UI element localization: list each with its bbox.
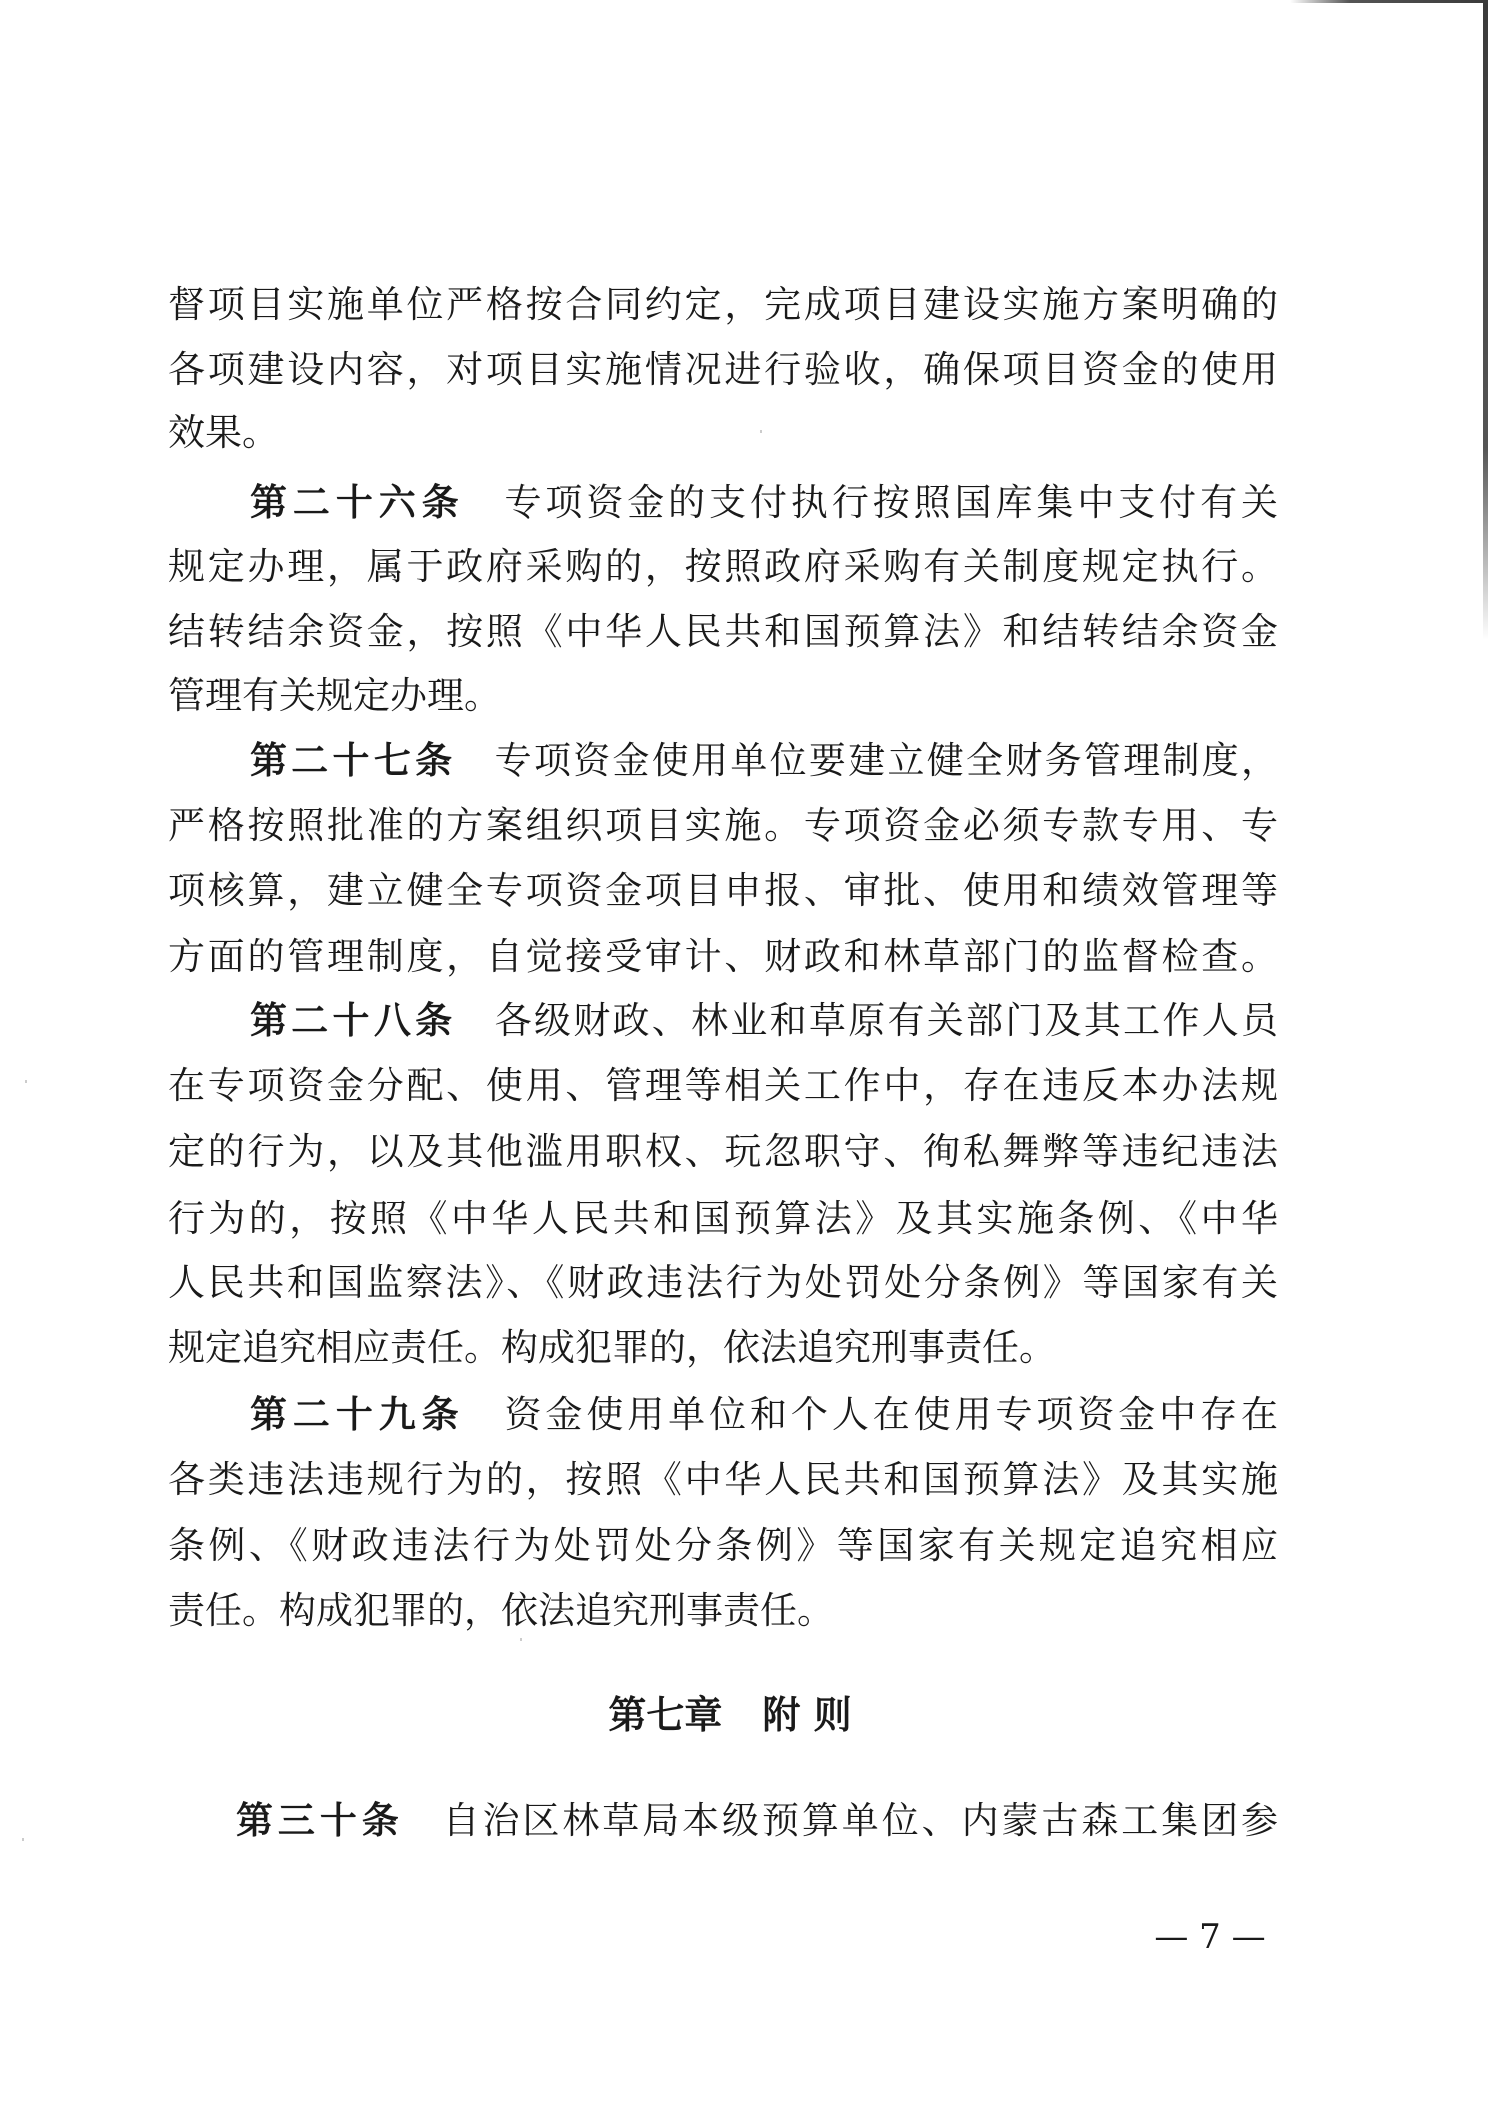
text-line: 各项建设内容，对项目实施情况进行验收，确保项目资金的使用: [168, 347, 1278, 393]
text-line: 项核算，建立健全专项资金项目申报、审批、使用和绩效管理等: [168, 868, 1278, 914]
text-line: 责任。构成犯罪的，依法追究刑事责任。: [168, 1588, 1278, 1634]
text-line: 各类违法违规行为的，按照《中华人民共和国预算法》及其实施: [168, 1457, 1278, 1503]
article-29-first-line: 第二十九条资金使用单位和个人在使用专项资金中存在: [250, 1392, 1278, 1438]
scan-speck: [672, 1832, 674, 1835]
text-line: 督项目实施单位严格按合同约定，完成项目建设实施方案明确的: [168, 282, 1278, 328]
text-line: 专项资金的支付执行按照国库集中支付有关: [501, 481, 1278, 524]
text-line: 结转结余资金，按照《中华人民共和国预算法》和结转结余资金: [168, 609, 1278, 655]
chapter-number: 第七章: [608, 1693, 722, 1737]
article-label: 第二十七条: [250, 739, 456, 782]
text-line: 在专项资金分配、使用、管理等相关工作中，存在违反本办法规: [168, 1063, 1278, 1109]
scan-edge-top: [1290, 0, 1488, 3]
scan-speck: [25, 1080, 27, 1083]
scan-edge-right: [1483, 0, 1488, 640]
article-27-first-line: 第二十七条专项资金使用单位要建立健全财务管理制度，: [250, 738, 1278, 784]
article-label: 第二十六条: [250, 481, 465, 524]
chapter-heading: 第七章附 则: [0, 1692, 1488, 1738]
article-label: 第二十八条: [250, 999, 456, 1042]
text-line: 规定追究相应责任。构成犯罪的，依法追究刑事责任。: [168, 1325, 1278, 1371]
text-line: 方面的管理制度，自觉接受审计、财政和林草部门的监督检查。: [168, 934, 1278, 980]
text-line: 效果。: [168, 410, 1278, 456]
text-line: 定的行为，以及其他滥用职权、玩忽职守、徇私舞弊等违纪违法: [168, 1129, 1278, 1175]
article-30-first-line: 第三十条自治区林草局本级预算单位、内蒙古森工集团参: [236, 1798, 1278, 1844]
text-line: 管理有关规定办理。: [168, 673, 1278, 719]
text-line: 行为的，按照《中华人民共和国预算法》及其实施条例、《中华: [168, 1196, 1278, 1242]
scan-speck: [760, 430, 762, 433]
text-line: 自治区林草局本级预算单位、内蒙古森工集团参: [440, 1799, 1278, 1842]
text-line: 规定办理，属于政府采购的，按照政府采购有关制度规定执行。: [168, 544, 1278, 590]
article-label: 第二十九条: [250, 1393, 465, 1436]
article-28-first-line: 第二十八条各级财政、林业和草原有关部门及其工作人员: [250, 998, 1278, 1044]
scan-speck: [520, 1638, 522, 1641]
text-line: 专项资金使用单位要建立健全财务管理制度，: [492, 739, 1278, 782]
text-line: 条例、《财政违法行为处罚处分条例》等国家有关规定追究相应: [168, 1523, 1278, 1569]
text-line: 严格按照批准的方案组织项目实施。专项资金必须专款专用、专: [168, 803, 1278, 849]
text-line: 人民共和国监察法》、《财政违法行为处罚处分条例》等国家有关: [168, 1260, 1278, 1306]
article-label: 第三十条: [236, 1799, 404, 1842]
text-line: 各级财政、林业和草原有关部门及其工作人员: [492, 999, 1278, 1042]
text-line: 资金使用单位和个人在使用专项资金中存在: [501, 1393, 1278, 1436]
article-26-first-line: 第二十六条专项资金的支付执行按照国库集中支付有关: [250, 480, 1278, 526]
page-number: — 7 —: [1140, 1915, 1280, 1959]
scan-speck: [22, 1838, 24, 1841]
chapter-title: 附 则: [762, 1693, 851, 1737]
